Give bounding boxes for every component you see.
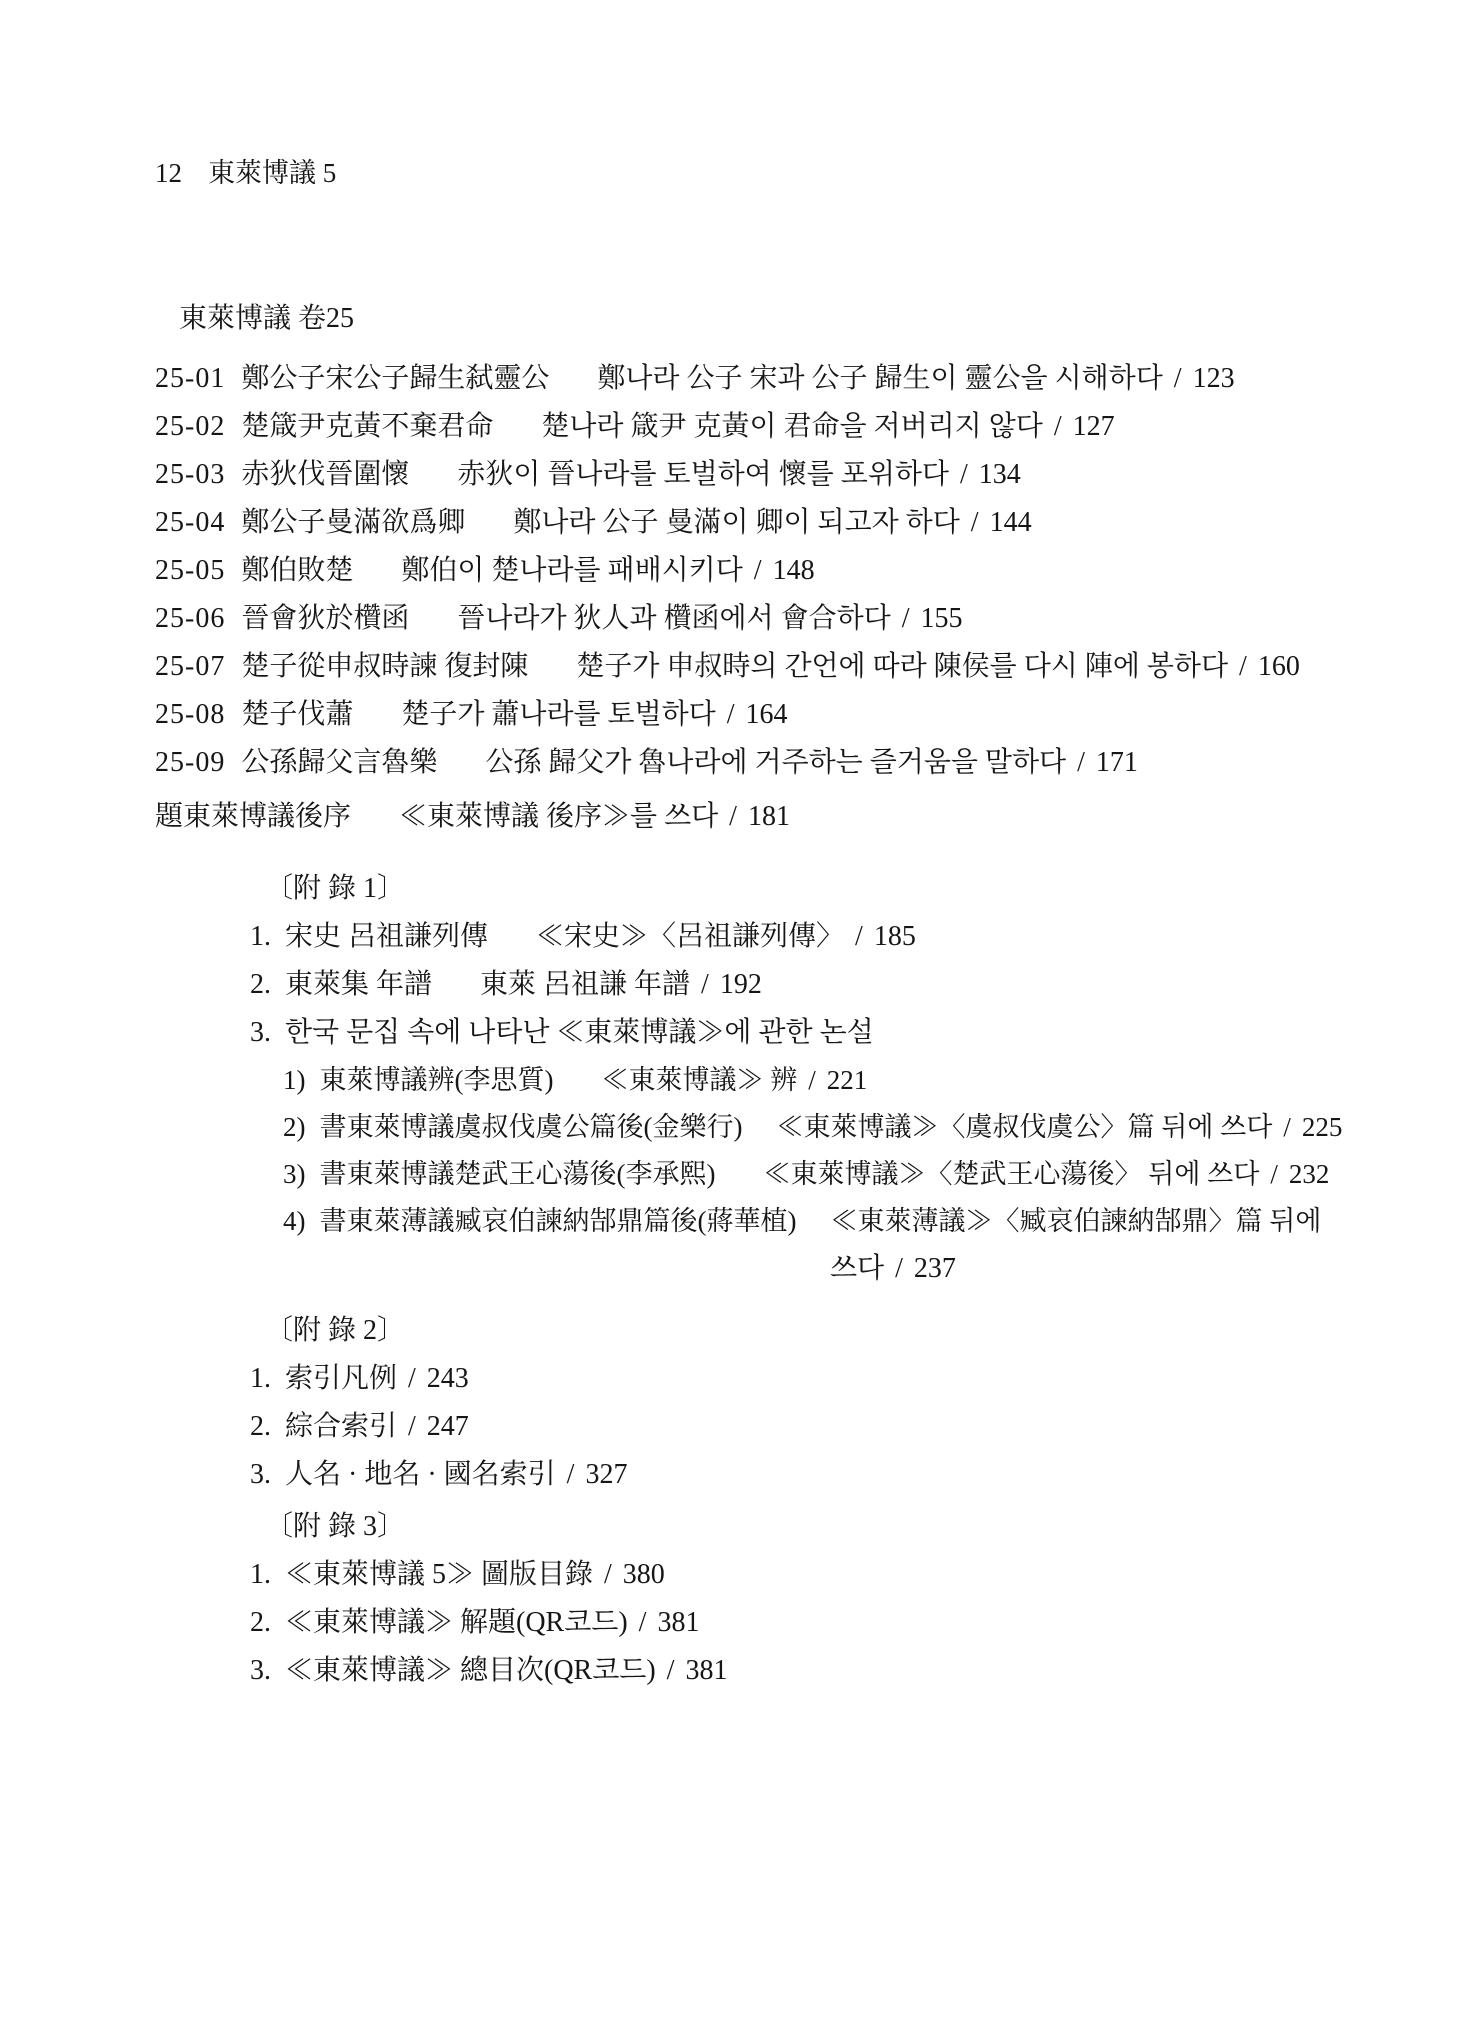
entry-hanja-title: 赤狄伐晉圍懷 [241,459,409,490]
entry-page-number: 127 [1073,411,1115,442]
entry-page-number: 123 [1193,363,1235,394]
entry-number: 25-01 [155,365,225,393]
separator-slash: / [628,1609,658,1637]
entry-korean-title: ≪東萊博議≫〈虞叔伐虞公〉篇 뒤에 쓰다 [776,1112,1272,1142]
entry-page-number: 164 [746,699,788,730]
entry-page-number: 160 [1258,651,1300,682]
subitem-label: 3) [283,1161,306,1188]
entry-number: 25-03 [155,461,225,489]
entry-korean-title: 楚子가 蕭나라를 토벌하다 [401,699,715,730]
toc-entry-row: 25-07楚子從申叔時諫 復封陳楚子가 申叔時의 간언에 따라 陳侯를 다시 陣… [155,653,1370,681]
separator-slash: / [716,701,746,729]
entry-hanja-title: 東萊博議辨(李思質) [320,1065,554,1095]
appendix-subitem-row: 2)書東萊博議虞叔伐虞公篇後(金樂行)≪東萊博議≫〈虞叔伐虞公〉篇 뒤에 쓰다/… [283,1114,1370,1141]
separator-slash: / [797,1067,827,1094]
wrapped-continuation-line: 쓰다/237 [830,1255,1370,1283]
appendix-item-row: 1.宋史 呂祖謙列傳≪宋史≫〈呂祖謙列傳〉/185 [250,923,1370,951]
toc-entry-row: 25-01鄭公子宋公子歸生弑靈公鄭나라 公子 宋과 公子 歸生이 靈公을 시해하… [155,365,1370,393]
appendix-subitem-row: 1)東萊博議辨(李思質)≪東萊博議≫ 辨/221 [283,1067,1370,1094]
appendix-item-row: 1.索引凡例/243 [250,1365,1370,1393]
entry-korean-title: 楚子가 申叔時의 간언에 따라 陳侯를 다시 陣에 봉하다 [576,651,1228,682]
separator-slash: / [884,1255,914,1283]
table-of-contents: 25-01鄭公子宋公子歸生弑靈公鄭나라 公子 宋과 公子 歸生이 靈公을 시해하… [155,365,1370,831]
subitem-label: 1) [283,1067,306,1094]
entry-korean-title: ≪東萊博議≫〈楚武王心蕩後〉 뒤에 쓰다 [763,1159,1259,1189]
item-label: 3. [250,1019,271,1047]
entry-hanja-title: 楚箴尹克黃不棄君命 [241,411,493,442]
separator-slash: / [844,923,874,951]
entry-page-number: 237 [914,1253,956,1284]
entry-hanja-title: ≪東萊博議≫ 總目次(QR코드) [285,1655,656,1686]
toc-entry-row: 25-04鄭公子曼滿欲爲卿鄭나라 公子 曼滿이 卿이 되고자 하다/144 [155,509,1370,537]
separator-slash: / [690,971,720,999]
separator-slash: / [1043,413,1073,441]
subitem-label: 2) [283,1114,306,1141]
entry-hanja-title: 楚子從申叔時諫 復封陳 [241,651,528,682]
item-label: 2. [250,1413,271,1441]
running-book-title: 東萊博議 5 [208,158,336,188]
separator-slash: / [1259,1161,1289,1188]
document-page: 12東萊博議 5 東萊博議 卷25 25-01鄭公子宋公子歸生弑靈公鄭나라 公子… [0,0,1480,1685]
entry-hanja-title: 鄭伯敗楚 [241,555,353,586]
entry-hanja-title: 楚子伐蕭 [241,699,353,730]
entry-hanja-title: 東萊集 年譜 [285,969,432,1000]
appendix-2-items: 1.索引凡例/243 2.綜合索引/247 3.人名 · 地名 · 國名索引/3… [155,1365,1370,1489]
appendix-item-row: 1.≪東萊博議 5≫ 圖版目錄/380 [250,1561,1370,1589]
appendix-item-row: 2.東萊集 年譜東萊 呂祖謙 年譜/192 [250,971,1370,999]
separator-slash: / [1272,1114,1302,1141]
entry-korean-title: 赤狄이 晉나라를 토벌하여 懷를 포위하다 [457,459,949,490]
appendix-item-row: 3.한국 문집 속에 나타난 ≪東萊博議≫에 관한 논설 [250,1019,1370,1047]
entry-hanja-title: 人名 · 地名 · 國名索引 [285,1459,556,1490]
separator-slash: / [1228,653,1258,681]
separator-slash: / [556,1461,586,1489]
item-label: 2. [250,1609,271,1637]
item-label: 1. [250,923,271,951]
entry-korean-title: ≪宋史≫〈呂祖謙列傳〉 [536,921,844,952]
entry-korean-title: 鄭나라 公子 宋과 公子 歸生이 靈公을 시해하다 [597,363,1162,394]
entry-hanja-title: 書東萊薄議臧哀伯諫納郜鼎篇後(蔣華植) [320,1206,797,1236]
entry-page-number: 221 [827,1065,868,1095]
appendix-3-items: 1.≪東萊博議 5≫ 圖版目錄/380 2.≪東萊博議≫ 解題(QR코드)/38… [155,1561,1370,1685]
entry-page-number: 232 [1289,1159,1330,1189]
folio-page-number: 12 [155,160,182,187]
entry-hanja-title: 公孫歸父言魯樂 [241,747,437,778]
separator-slash: / [397,1413,427,1441]
separator-slash: / [1163,365,1193,393]
entry-page-number: 327 [585,1459,627,1490]
entry-hanja-title: 鄭公子曼滿欲爲卿 [241,507,465,538]
toc-entry-row: 25-05鄭伯敗楚鄭伯이 楚나라를 패배시키다/148 [155,557,1370,585]
item-label: 3. [250,1657,271,1685]
toc-entry-row: 25-09公孫歸父言魯樂公孫 歸父가 魯나라에 거주하는 즐거움을 말하다/17… [155,749,1370,777]
entry-page-number: 192 [720,969,762,1000]
appendix-item-row: 3.人名 · 地名 · 國名索引/327 [250,1461,1370,1489]
entry-korean-title: 公孫 歸父가 魯나라에 거주하는 즐거움을 말하다 [485,747,1066,778]
entry-korean-title: 鄭나라 公子 曼滿이 卿이 되고자 하다 [513,507,959,538]
separator-slash: / [397,1365,427,1393]
separator-slash: / [656,1657,686,1685]
entry-page-number: 243 [427,1363,469,1394]
toc-entry-row: 25-02楚箴尹克黃不棄君命楚나라 箴尹 克黃이 君命을 저버리지 않다/127 [155,413,1370,441]
entry-hanja-title: 晉會狄於欑函 [241,603,409,634]
item-label: 1. [250,1561,271,1589]
toc-entry-row: 25-03赤狄伐晉圍懷赤狄이 晉나라를 토벌하여 懷를 포위하다/134 [155,461,1370,489]
volume-title: 東萊博議 卷25 [179,305,1370,333]
separator-slash: / [593,1561,623,1589]
entry-korean-title: ≪東萊薄議≫〈臧哀伯諫納郜鼎〉篇 뒤에 [830,1206,1321,1236]
entry-page-number: 171 [1096,747,1138,778]
appendix-2-title: 〔附 錄 2〕 [265,1317,1370,1345]
toc-entry-row: 25-08楚子伐蕭楚子가 蕭나라를 토벌하다/164 [155,701,1370,729]
item-label: 3. [250,1461,271,1489]
separator-slash: / [960,509,990,537]
item-text: 한국 문집 속에 나타난 ≪東萊博議≫에 관한 논설 [285,1017,874,1048]
entry-page-number: 247 [427,1411,469,1442]
separator-slash: / [949,461,979,489]
entry-page-number: 144 [990,507,1032,538]
toc-entry-row: 25-06晉會狄於欑函晉나라가 狄人과 欑函에서 會合하다/155 [155,605,1370,633]
entry-page-number: 155 [921,603,963,634]
entry-number: 25-07 [155,653,225,681]
entry-korean-title: ≪東萊博議≫ 辨 [601,1065,797,1095]
appendix-item-row: 2.綜合索引/247 [250,1413,1370,1441]
entry-hanja-title: 書東萊博議楚武王心蕩後(李承熙) [320,1159,716,1189]
entry-number: 25-02 [155,413,225,441]
subitem-label: 4) [283,1208,306,1235]
entry-page-number: 380 [623,1559,665,1590]
entry-korean-title: 楚나라 箴尹 克黃이 君命을 저버리지 않다 [541,411,1042,442]
entry-number: 25-05 [155,557,225,585]
entry-number: 25-08 [155,701,225,729]
appendix-item-row: 2.≪東萊博議≫ 解題(QR코드)/381 [250,1609,1370,1637]
postscript-entry-row: 題東萊博議後序≪東萊博議 後序≫를 쓰다/181 [155,803,1370,831]
entry-hanja-title: 題東萊博議後序 [155,801,351,832]
item-label: 1. [250,1365,271,1393]
separator-slash: / [718,803,748,831]
entry-page-number: 181 [748,801,790,832]
entry-korean-title: ≪東萊博議 後序≫를 쓰다 [399,801,718,832]
entry-hanja-title: 索引凡例 [285,1363,397,1394]
entry-korean-title: 晉나라가 狄人과 欑函에서 會合하다 [457,603,890,634]
separator-slash: / [743,557,773,585]
separator-slash: / [891,605,921,633]
entry-hanja-title: ≪東萊博議≫ 解題(QR코드) [285,1607,628,1638]
entry-page-number: 185 [874,921,916,952]
entry-number: 25-04 [155,509,225,537]
appendix-subitem-row: 4)書東萊薄議臧哀伯諫納郜鼎篇後(蔣華植)≪東萊薄議≫〈臧哀伯諫納郜鼎〉篇 뒤에 [283,1208,1370,1235]
appendix-subitem-row: 3)書東萊博議楚武王心蕩後(李承熙)≪東萊博議≫〈楚武王心蕩後〉 뒤에 쓰다/2… [283,1161,1370,1188]
entry-korean-title: 鄭伯이 楚나라를 패배시키다 [401,555,742,586]
entry-hanja-title: 宋史 呂祖謙列傳 [285,921,488,952]
entry-hanja-title: 書東萊博議虞叔伐虞公篇後(金樂行) [320,1112,743,1142]
entry-page-number: 148 [773,555,815,586]
entry-number: 25-06 [155,605,225,633]
entry-page-number: 381 [657,1607,699,1638]
entry-page-number: 134 [979,459,1021,490]
item-label: 2. [250,971,271,999]
entry-korean-title: 東萊 呂祖謙 年譜 [480,969,690,1000]
entry-hanja-title: 綜合索引 [285,1411,397,1442]
separator-slash: / [1066,749,1096,777]
entry-page-number: 225 [1302,1112,1343,1142]
appendix-3-title: 〔附 錄 3〕 [265,1513,1370,1541]
appendix-item-row: 3.≪東萊博議≫ 總目次(QR코드)/381 [250,1657,1370,1685]
entry-page-number: 381 [685,1655,727,1686]
entry-number: 25-09 [155,749,225,777]
appendix-1-items: 1.宋史 呂祖謙列傳≪宋史≫〈呂祖謙列傳〉/185 2.東萊集 年譜東萊 呂祖謙… [155,923,1370,1283]
continuation-text: 쓰다 [830,1253,884,1284]
appendix-1-title: 〔附 錄 1〕 [265,875,1370,903]
entry-hanja-title: 鄭公子宋公子歸生弑靈公 [241,363,549,394]
entry-hanja-title: ≪東萊博議 5≫ 圖版目錄 [285,1559,593,1590]
running-header: 12東萊博議 5 [155,160,1370,187]
